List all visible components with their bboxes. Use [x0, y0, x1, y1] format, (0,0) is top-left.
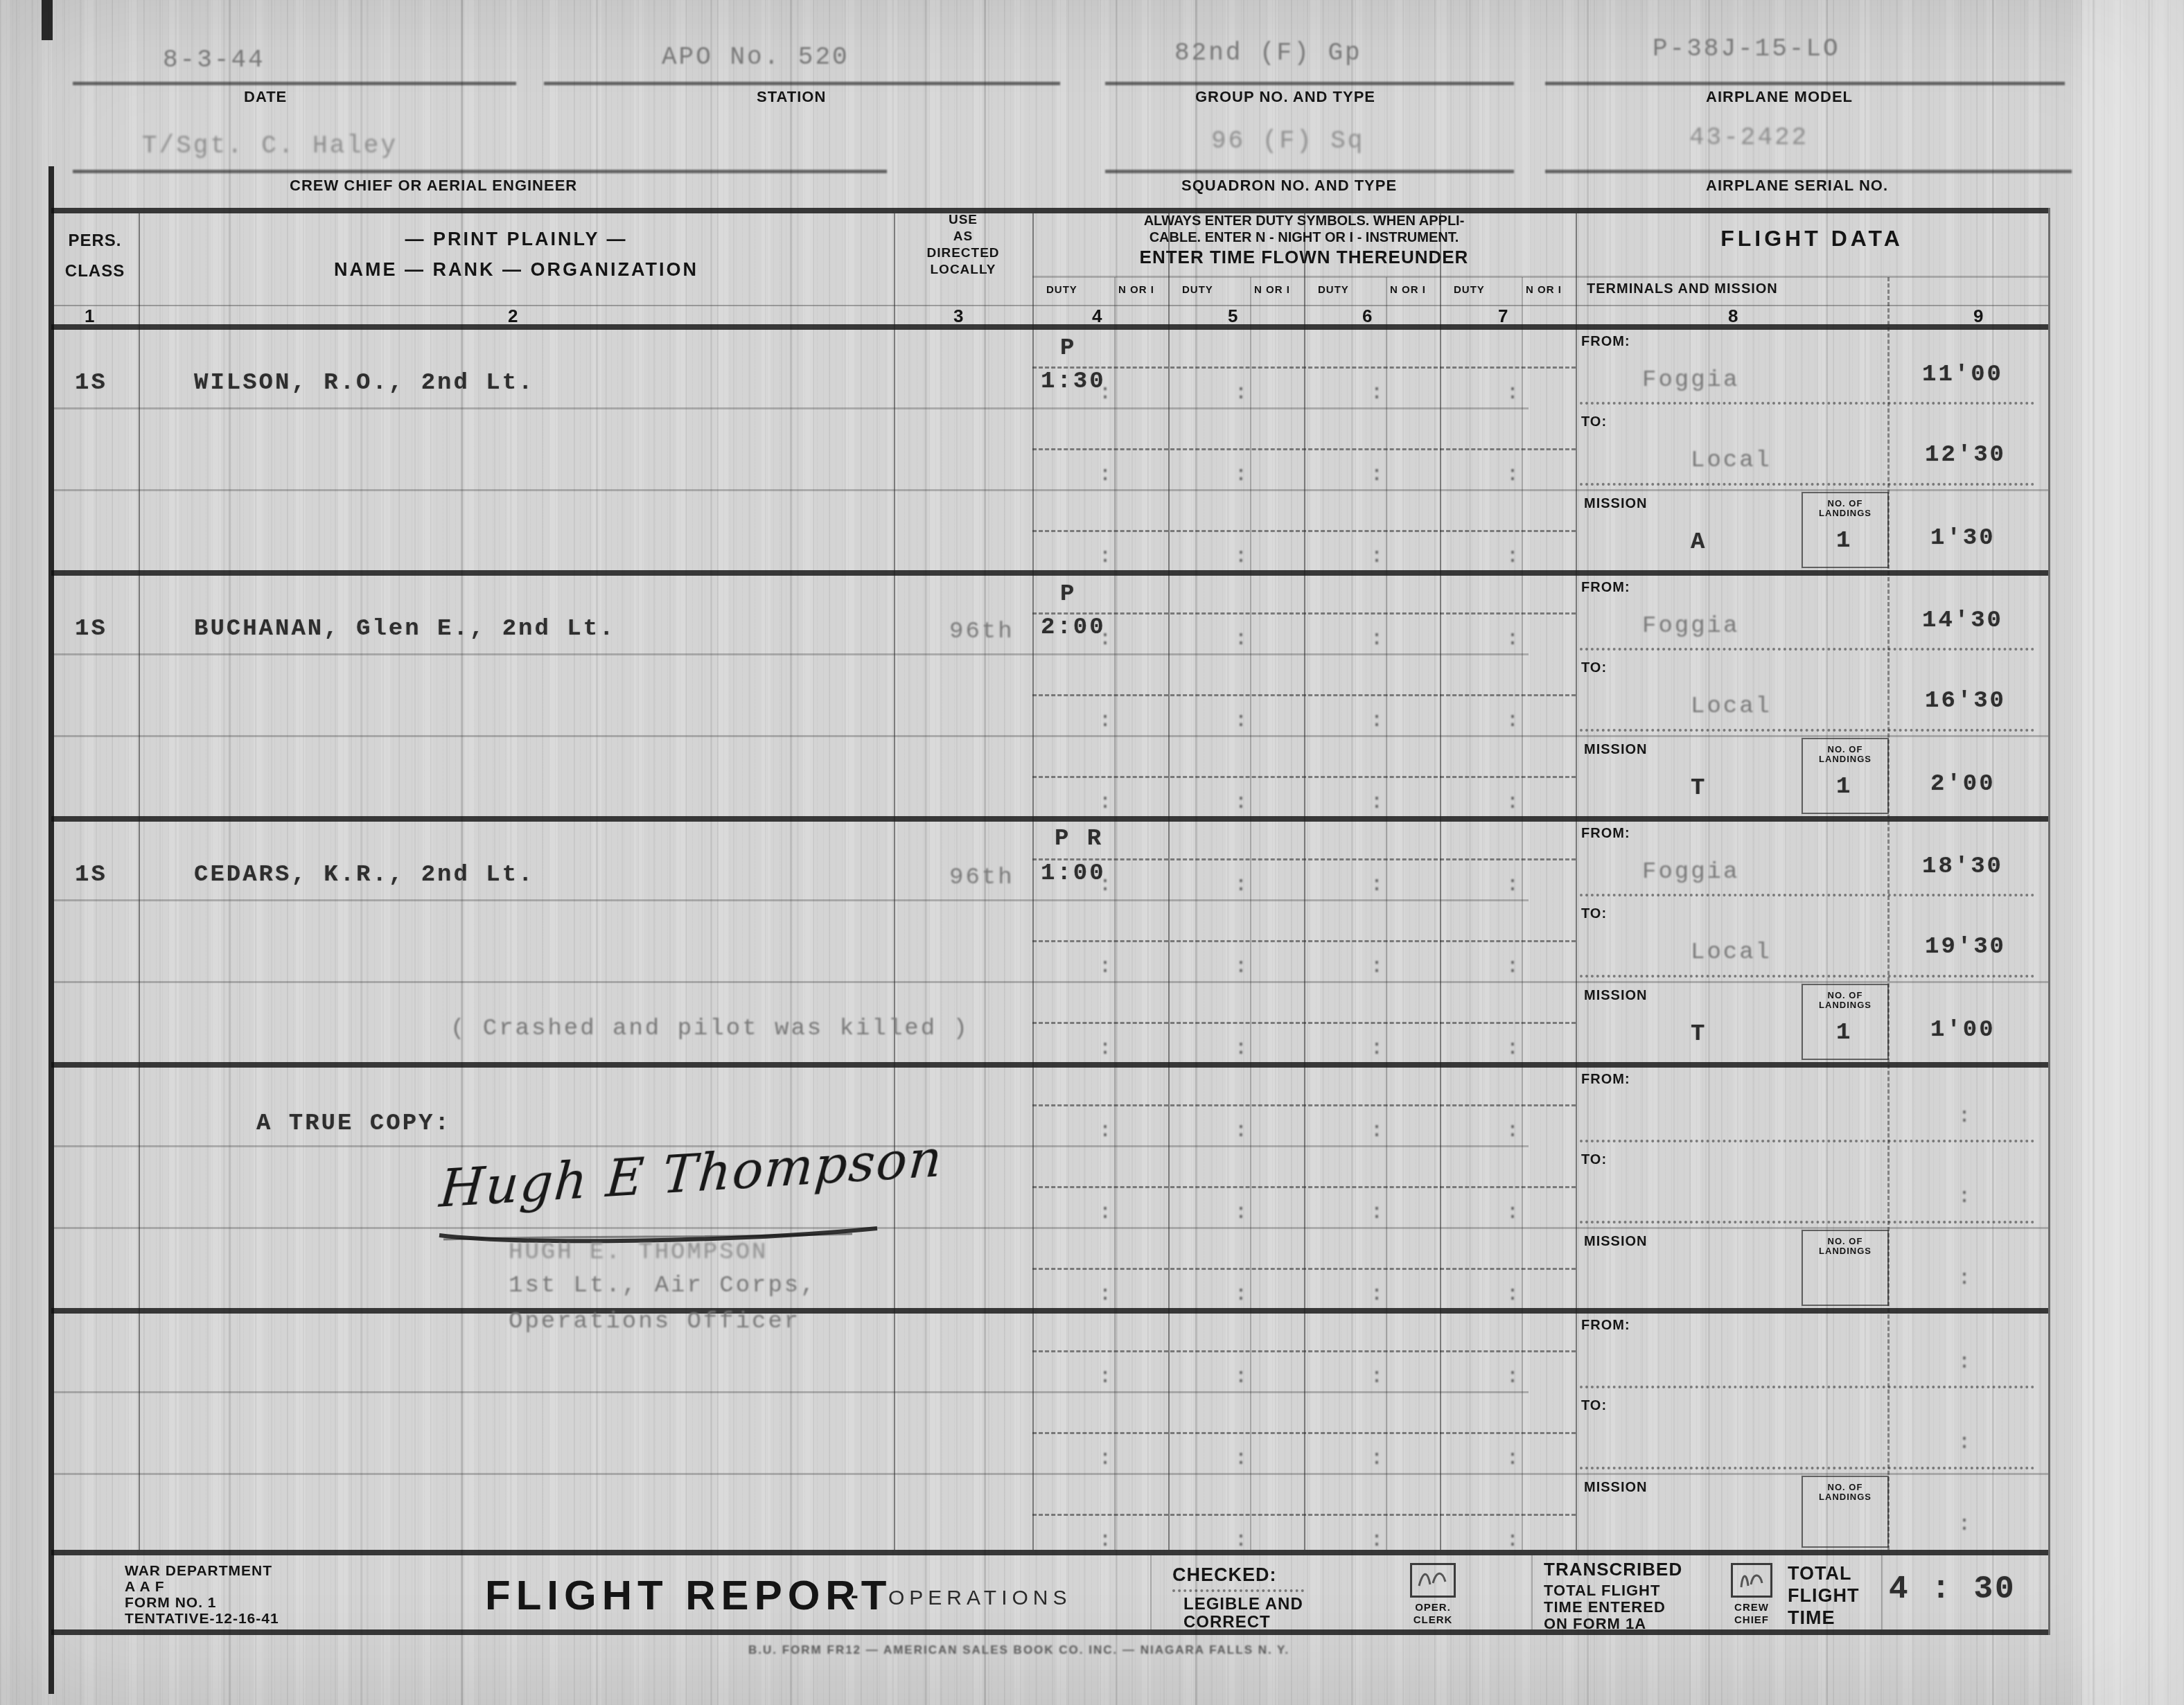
duty-strip-line — [1032, 276, 1576, 278]
preprinted-colon: : — [1235, 955, 1247, 979]
mission-symbol: T — [1691, 1021, 1707, 1048]
to-label: TO: — [1581, 1152, 1607, 1168]
local-use-value: 96th — [949, 865, 1014, 891]
pilot-name: CEDARS, K.R., 2nd Lt. — [194, 862, 534, 888]
header-rule — [1545, 170, 2072, 173]
duty-subheader: DUTY — [1046, 284, 1077, 296]
crew-chief-value: T/Sgt. C. Haley — [142, 132, 398, 160]
from-leader — [1580, 1140, 2034, 1142]
crew-chief-box — [1731, 1563, 1772, 1598]
header-rule — [1545, 82, 2065, 85]
use-as-directed-header: AS — [894, 229, 1032, 245]
nori-subheader: N OR I — [1390, 284, 1426, 296]
preprinted-colon: : — [1506, 791, 1519, 815]
table-border — [51, 1629, 2048, 1635]
preprinted-colon: : — [1506, 1283, 1519, 1307]
preprinted-colon: : — [1958, 1513, 1971, 1537]
duty-subheader: DUTY — [1318, 284, 1349, 296]
table-border — [51, 570, 2048, 576]
oper-clerk-box — [1410, 1563, 1456, 1598]
to-label: TO: — [1581, 414, 1607, 430]
row-line — [51, 489, 2048, 491]
group-label: GROUP NO. AND TYPE — [1195, 89, 1375, 105]
to-leader — [1580, 483, 2034, 486]
form-id: WAR DEPARTMENT — [125, 1563, 272, 1579]
duty-banner: CABLE. ENTER N - NIGHT OR I - INSTRUMENT… — [1032, 230, 1576, 246]
mission-symbol: A — [1691, 529, 1707, 556]
checked-label: CHECKED: — [1172, 1564, 1277, 1586]
preprinted-colon: : — [1371, 874, 1383, 897]
printer-line: B.U. FORM FR12 — AMERICAN SALES BOOK CO.… — [748, 1643, 1289, 1657]
typed-signer-name: HUGH E. THOMPSON — [509, 1239, 768, 1266]
preprinted-colon: : — [1506, 1037, 1519, 1061]
mission-symbol: T — [1691, 775, 1707, 802]
no-of-landings-label: NO. OF — [1803, 745, 1887, 754]
empty-entry-row: FROM: TO: MISSION NO. OF LANDINGS : : : … — [51, 1314, 2048, 1550]
landings-count: 1 — [1836, 1020, 1852, 1046]
preprinted-colon: : — [1506, 874, 1519, 897]
footer-divider — [1881, 1555, 1883, 1629]
no-of-landings-label: NO. OF — [1803, 499, 1887, 509]
preprinted-colon: : — [1099, 463, 1111, 487]
group-value: 82nd (F) Gp — [1174, 39, 1362, 67]
row-line — [51, 653, 1529, 655]
paper-right-strip — [2082, 0, 2184, 1705]
checked-line — [1172, 1589, 1304, 1592]
preprinted-colon: : — [1235, 382, 1247, 405]
landings-count: 1 — [1836, 528, 1852, 554]
pilot-name: WILSON, R.O., 2nd Lt. — [194, 370, 534, 396]
total-flight-time-label: TIME — [1788, 1607, 1835, 1629]
transcribed-sub: ON FORM 1A — [1544, 1616, 1646, 1632]
col-number-4: 4 — [1092, 306, 1102, 327]
mission-label: MISSION — [1584, 496, 1647, 512]
duty-symbol: P R — [1055, 826, 1103, 852]
duty-subheader: DUTY — [1182, 284, 1213, 296]
to-leader — [1580, 975, 2034, 978]
row-line — [51, 1227, 2048, 1229]
use-as-directed-header: LOCALLY — [894, 262, 1032, 279]
preprinted-colon: : — [1371, 1120, 1383, 1143]
station-value: APO No. 520 — [662, 43, 849, 71]
duty-dash-line — [1032, 530, 1576, 532]
from-leader — [1580, 894, 2034, 896]
preprinted-colon: : — [1371, 382, 1383, 405]
pers-class-header: PERS. — [51, 231, 139, 250]
from-label: FROM: — [1581, 1318, 1630, 1334]
duty-dash-line — [1032, 1022, 1576, 1024]
corner-mark — [42, 0, 53, 40]
preprinted-colon: : — [1099, 709, 1111, 733]
checked-sub: CORRECT — [1183, 1613, 1271, 1632]
date-label: DATE — [244, 89, 287, 105]
preprinted-colon: : — [1099, 955, 1111, 979]
row-line — [51, 407, 1529, 409]
crew-initials-scribble — [1733, 1565, 1770, 1596]
total-flight-time-value: 4 : 30 — [1889, 1571, 2016, 1607]
from-leader — [1580, 1386, 2034, 1388]
flight-entry-row: FROM: TO: MISSION NO. OF LANDINGS 1S WIL… — [51, 330, 2048, 570]
preprinted-colon: : — [1371, 1447, 1383, 1471]
header-rule — [1105, 82, 1514, 85]
nori-subheader: N OR I — [1254, 284, 1290, 296]
mission-label: MISSION — [1584, 988, 1647, 1004]
preprinted-colon: : — [1099, 874, 1111, 897]
preprinted-colon: : — [1371, 1201, 1383, 1225]
duty-dash-line — [1032, 1104, 1576, 1106]
preprinted-colon: : — [1235, 1037, 1247, 1061]
to-time: 16'30 — [1925, 688, 2006, 714]
preprinted-colon: : — [1099, 1037, 1111, 1061]
duty-dash-line — [1032, 940, 1576, 942]
preprinted-colon: : — [1099, 791, 1111, 815]
preprinted-colon: : — [1371, 628, 1383, 651]
crash-note: ( Crashed and pilot was killed ) — [450, 1016, 969, 1042]
from-leader — [1580, 648, 2034, 651]
duty-banner: ALWAYS ENTER DUTY SYMBOLS. WHEN APPLI- — [1032, 213, 1576, 229]
signature: Hugh E Thompson — [437, 1129, 945, 1219]
preprinted-colon: : — [1371, 955, 1383, 979]
preprinted-colon: : — [1506, 463, 1519, 487]
flight-entry-row: FROM: TO: MISSION NO. OF LANDINGS 1S CED… — [51, 822, 2048, 1062]
duty-banner: ENTER TIME FLOWN THEREUNDER — [1032, 247, 1576, 268]
to-label: TO: — [1581, 906, 1607, 922]
from-label: FROM: — [1581, 826, 1630, 842]
from-label: FROM: — [1581, 334, 1630, 350]
mission-time: 1'30 — [1930, 525, 1996, 551]
preprinted-colon: : — [1371, 463, 1383, 487]
form-title: FLIGHT REPORT — [485, 1571, 892, 1619]
duty-dash-line — [1032, 1268, 1576, 1270]
from-time: 14'30 — [1922, 608, 2003, 634]
pilot-name: BUCHANAN, Glen E., 2nd Lt. — [194, 616, 616, 642]
landings-box: NO. OF LANDINGS — [1802, 1230, 1889, 1306]
nori-subheader: N OR I — [1526, 284, 1562, 296]
table-right-border — [2048, 208, 2050, 1635]
table-border — [51, 1308, 2048, 1314]
mission-time: 1'00 — [1930, 1017, 1996, 1043]
preprinted-colon: : — [1235, 1120, 1247, 1143]
use-as-directed-header: USE — [894, 212, 1032, 229]
from-time: 11'00 — [1922, 362, 2003, 388]
preprinted-colon: : — [1371, 545, 1383, 569]
airplane-serial-value: 43-2422 — [1689, 123, 1808, 152]
footer-divider — [1531, 1555, 1533, 1629]
form-title-dash: - — [851, 1582, 862, 1608]
pers-class-value: 1S — [75, 616, 107, 642]
oper-clerk-label: CLERK — [1398, 1614, 1468, 1626]
preprinted-colon: : — [1506, 1447, 1519, 1471]
landings-box: NO. OF LANDINGS — [1802, 1476, 1889, 1548]
crew-chief-label: CREW CHIEF OR AERIAL ENGINEER — [290, 177, 577, 194]
duty-time: 1:00 — [1041, 860, 1106, 887]
duty-dash-line — [1032, 1186, 1576, 1188]
preprinted-colon: : — [1506, 628, 1519, 651]
transcribed-sub: TOTAL FLIGHT — [1544, 1582, 1660, 1599]
from-terminal: Foggia — [1642, 859, 1739, 885]
no-of-landings-label: LANDINGS — [1803, 1000, 1887, 1010]
preprinted-colon: : — [1235, 791, 1247, 815]
preprinted-colon: : — [1235, 874, 1247, 897]
number-strip-line — [51, 305, 2048, 306]
to-leader — [1580, 729, 2034, 732]
col-number-1: 1 — [85, 306, 95, 327]
col-number-9: 9 — [1973, 306, 1984, 327]
nori-subheader: N OR I — [1118, 284, 1154, 296]
col-number-5: 5 — [1228, 306, 1238, 327]
to-time: 12'30 — [1925, 442, 2006, 468]
mission-label: MISSION — [1584, 1234, 1647, 1250]
col-number-2: 2 — [508, 306, 518, 327]
preprinted-colon: : — [1506, 1529, 1519, 1553]
duty-symbol: P — [1060, 581, 1076, 608]
footer-divider — [1150, 1555, 1152, 1629]
checked-sub: LEGIBLE AND — [1183, 1595, 1303, 1614]
preprinted-colon: : — [1235, 463, 1247, 487]
header-rule — [73, 170, 887, 173]
preprinted-colon: : — [1235, 1201, 1247, 1225]
preprinted-colon: : — [1506, 709, 1519, 733]
preprinted-colon: : — [1099, 1283, 1111, 1307]
name-rank-org-header: NAME — RANK — ORGANIZATION — [139, 259, 894, 281]
to-terminal: Local — [1691, 694, 1772, 720]
airplane-model-value: P-38J-15-LO — [1653, 35, 1840, 63]
form-id: TENTATIVE-12-16-41 — [125, 1611, 279, 1627]
clerk-initials-scribble — [1412, 1565, 1454, 1596]
mission-label: MISSION — [1584, 742, 1647, 758]
from-terminal: Foggia — [1642, 613, 1739, 639]
no-of-landings-label: LANDINGS — [1803, 1492, 1887, 1502]
preprinted-colon: : — [1506, 1120, 1519, 1143]
airplane-serial-label: AIRPLANE SERIAL NO. — [1706, 177, 1888, 194]
no-of-landings-label: NO. OF — [1803, 1237, 1887, 1246]
pers-class-value: 1S — [75, 370, 107, 396]
preprinted-colon: : — [1235, 709, 1247, 733]
squadron-value: 96 (F) Sq — [1211, 127, 1364, 155]
preprinted-colon: : — [1235, 1447, 1247, 1471]
preprinted-colon: : — [1099, 1120, 1111, 1143]
mission-label: MISSION — [1584, 1480, 1647, 1496]
preprinted-colon: : — [1506, 545, 1519, 569]
oper-clerk-label: OPER. — [1398, 1602, 1468, 1614]
preprinted-colon: : — [1958, 1351, 1971, 1375]
signer-title: 1st Lt., Air Corps, — [509, 1273, 817, 1299]
duty-dash-line — [1032, 1350, 1576, 1352]
preprinted-colon: : — [1099, 1366, 1111, 1389]
table-border — [51, 208, 2048, 213]
preprinted-colon: : — [1958, 1267, 1971, 1291]
signature-row: FROM: TO: MISSION NO. OF LANDINGS : : : … — [51, 1068, 2048, 1308]
no-of-landings-label: NO. OF — [1803, 991, 1887, 1000]
row-line — [51, 899, 1529, 901]
duty-dash-line — [1032, 694, 1576, 696]
no-of-landings-label: LANDINGS — [1803, 754, 1887, 764]
preprinted-colon: : — [1099, 1201, 1111, 1225]
squadron-label: SQUADRON NO. AND TYPE — [1181, 177, 1397, 194]
preprinted-colon: : — [1371, 1283, 1383, 1307]
pers-class-value: 1S — [75, 862, 107, 888]
table-border — [51, 1550, 2048, 1555]
to-leader — [1580, 1221, 2034, 1223]
print-plainly-header: — PRINT PLAINLY — — [139, 229, 894, 250]
preprinted-colon: : — [1371, 709, 1383, 733]
row-line — [51, 981, 2048, 983]
crew-chief-label: CHIEF — [1717, 1614, 1786, 1626]
preprinted-colon: : — [1371, 1529, 1383, 1553]
col-number-7: 7 — [1498, 306, 1508, 327]
to-label: TO: — [1581, 660, 1607, 676]
from-label: FROM: — [1581, 1072, 1630, 1088]
no-of-landings-label: NO. OF — [1803, 1483, 1887, 1492]
table-border — [51, 324, 2048, 330]
scan-streaks — [0, 0, 2, 1705]
table-border — [51, 1062, 2048, 1068]
to-terminal: Local — [1691, 448, 1772, 474]
pers-class-header2: CLASS — [51, 262, 139, 281]
transcribed-sub: TIME ENTERED — [1544, 1599, 1666, 1616]
to-terminal: Local — [1691, 939, 1772, 966]
use-as-directed-header: DIRECTED — [894, 245, 1032, 262]
from-terminal: Foggia — [1642, 367, 1739, 394]
preprinted-colon: : — [1958, 1105, 1971, 1129]
table-border — [51, 816, 2048, 822]
preprinted-colon: : — [1506, 955, 1519, 979]
flight-report-scan: DATE STATION GROUP NO. AND TYPE AIRPLANE… — [0, 0, 2184, 1705]
duty-subheader: DUTY — [1454, 284, 1485, 296]
duty-symbol: P — [1060, 335, 1076, 362]
duty-dash-line — [1032, 776, 1576, 778]
preprinted-colon: : — [1958, 1431, 1971, 1455]
col-number-3: 3 — [953, 306, 964, 327]
total-flight-time-label: TOTAL — [1788, 1563, 1852, 1584]
preprinted-colon: : — [1235, 1529, 1247, 1553]
duty-time: 1:30 — [1041, 369, 1106, 395]
from-label: FROM: — [1581, 580, 1630, 596]
duty-dash-line — [1032, 858, 1576, 860]
preprinted-colon: : — [1371, 1037, 1383, 1061]
preprinted-colon: : — [1099, 1529, 1111, 1553]
flight-data-header: FLIGHT DATA — [1576, 226, 2048, 251]
row-line — [51, 1391, 1529, 1393]
transcribed-label: TRANSCRIBED — [1544, 1559, 1682, 1580]
form-id: A A F — [125, 1579, 165, 1595]
from-leader — [1580, 402, 2034, 405]
preprinted-colon: : — [1099, 1447, 1111, 1471]
row-line — [51, 1473, 2048, 1475]
col-number-6: 6 — [1362, 306, 1373, 327]
crew-chief-label: CREW — [1717, 1602, 1786, 1614]
no-of-landings-label: LANDINGS — [1803, 509, 1887, 518]
preprinted-colon: : — [1506, 1201, 1519, 1225]
mission-time: 2'00 — [1930, 771, 1996, 797]
duty-time: 2:00 — [1041, 615, 1106, 641]
flight-data-line — [1576, 276, 2048, 278]
to-time: 19'30 — [1925, 934, 2006, 960]
to-label: TO: — [1581, 1398, 1607, 1414]
duty-dash-line — [1032, 1514, 1576, 1516]
row-line — [51, 735, 2048, 737]
preprinted-colon: : — [1958, 1185, 1971, 1209]
col-number-8: 8 — [1728, 306, 1738, 327]
total-flight-time-label: FLIGHT — [1788, 1585, 1859, 1607]
header-rule — [73, 82, 516, 85]
terminals-header: TERMINALS AND MISSION — [1587, 281, 1778, 297]
header-rule — [1105, 170, 1514, 173]
true-copy-label: A TRUE COPY: — [256, 1111, 451, 1137]
no-of-landings-label: LANDINGS — [1803, 1246, 1887, 1256]
station-label: STATION — [757, 89, 826, 105]
to-leader — [1580, 1467, 2034, 1469]
landings-count: 1 — [1836, 774, 1852, 800]
form-title-suffix: OPERATIONS — [888, 1587, 1071, 1610]
date-value: 8-3-44 — [163, 46, 265, 74]
preprinted-colon: : — [1235, 545, 1247, 569]
duty-dash-line — [1032, 612, 1576, 615]
header-rule — [544, 82, 1060, 85]
airplane-model-label: AIRPLANE MODEL — [1706, 89, 1853, 105]
from-time: 18'30 — [1922, 854, 2003, 880]
duty-dash-line — [1032, 448, 1576, 450]
preprinted-colon: : — [1235, 628, 1247, 651]
local-use-value: 96th — [949, 619, 1014, 645]
preprinted-colon: : — [1099, 545, 1111, 569]
duty-dash-line — [1032, 1432, 1576, 1434]
preprinted-colon: : — [1371, 1366, 1383, 1389]
form-id: FORM NO. 1 — [125, 1595, 217, 1611]
preprinted-colon: : — [1235, 1283, 1247, 1307]
preprinted-colon: : — [1099, 628, 1111, 651]
preprinted-colon: : — [1506, 1366, 1519, 1389]
preprinted-colon: : — [1235, 1366, 1247, 1389]
preprinted-colon: : — [1099, 382, 1111, 405]
duty-dash-line — [1032, 366, 1576, 369]
preprinted-colon: : — [1371, 791, 1383, 815]
flight-entry-row: FROM: TO: MISSION NO. OF LANDINGS 1S BUC… — [51, 576, 2048, 816]
preprinted-colon: : — [1506, 382, 1519, 405]
